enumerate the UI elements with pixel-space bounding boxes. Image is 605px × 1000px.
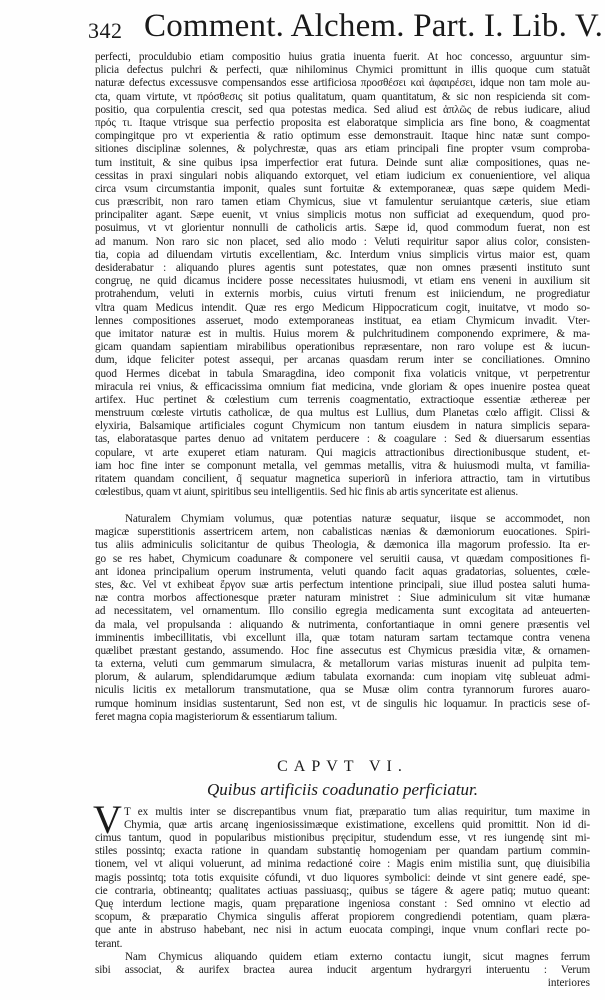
text-line: naturæ defectus excessusve compensandos … [95,77,590,90]
text-line: quælibet præstant gestando, assumendo. H… [95,645,590,658]
text-line: Nam Chymicus aliquando quidem etiam exte… [95,951,590,964]
text-line: iam hoc fine inter se componunt metalla,… [95,460,590,473]
text-line: da mala, vel propulsanda : aliquando & n… [95,619,590,632]
text-line: compingitque pro vt experientia & ratio … [95,130,590,143]
catchword: interiores [95,977,590,989]
text-line: perfecti, proculdubio etiam compositio h… [95,51,590,64]
chapter-heading: CAPVT VI. [95,758,590,776]
text-line: ritatem quandam concilient, q̃ sequatur … [95,473,590,486]
text-line: tas, elaboratasque partes denuo ad vnita… [95,433,590,446]
text-line: positio, qua corpulentia crescit, sed qu… [95,104,590,117]
text-line: plorum, & aularum, splendidarumque ædium… [95,671,590,684]
text-line: stes, &c. Vel vt exhibeat ἔργον suæ arti… [95,579,590,592]
text-line: congruę, ne quid dicamus incidere posse … [95,275,590,288]
text-line: cus præscribit, non raro tamen etiam Chy… [95,196,590,209]
text-line: posuimus, vt vt glorientur nonnulli de c… [95,222,590,235]
text-line: terant. [95,938,590,951]
text-line: quod Hermes dicebat in tabula Smaragdina… [95,368,590,381]
chapter-subtitle: Quibus artificiis coadunatio perficiatur… [95,780,590,800]
text-line: sitiones disciplinæ solennes, & polychre… [95,143,590,156]
text-line: Naturalem Chymiam volumus, quæ potentias… [95,513,590,526]
text-line: miracula rei vnius, & efficacissima omni… [95,381,590,394]
text-line: niculis licitis ex metallorum transmutat… [95,684,590,697]
text-line: ant idonea principalium operum instrumen… [95,566,590,579]
text-line: tia, copia ad diluendam virtutis excelle… [95,249,590,262]
text-line: ad manum. Non raro sic non placet, sed a… [95,236,590,249]
text-line: plicia defectus pulchri & perfecti, quæ … [95,64,590,77]
text-line: cta, quam virtute, vt πρόσθεσις sit poti… [95,91,590,104]
text-line: tum instituit, & sine quibus ipsa imperf… [95,157,590,170]
text-line: protrahendum, veluti in externis morbis,… [95,288,590,301]
text-line: πρός τι. Itaque vtrisque sua perfectio p… [95,117,590,130]
book-page: 342 Comment. Alchem. Part. I. Lib. V. pe… [0,0,605,1000]
text-line: magicæ superstitionis assertricem artem,… [95,526,590,539]
text-line: stiles possintq; exacta ratione in quand… [95,845,590,858]
text-line: ad necessitatem, vel ornamentum. Illo co… [95,605,590,618]
text-line: go se res habet, Chymicum coadunare & co… [95,553,590,566]
text-line: lennes compositiones asseruet, modo exte… [95,315,590,328]
text-line: desiderabatur : aliquando plures agentis… [95,262,590,275]
text-line: cœlestibus, quam vt aiunt, spiritibus se… [95,486,590,499]
text-line: sibi associat, & aurifex bractea aurea i… [95,964,590,977]
section-body-2: Naturalem Chymiam volumus, quæ potentias… [95,513,590,724]
drop-cap-lines: T ex multis inter se discrepantibus vnum… [124,806,590,832]
text-line: tus aliis adminiculis solicitantur de qu… [95,539,590,552]
text-line: artifex. Huc pertinet & cœlestium cum te… [95,394,590,407]
text-line: cessitas in praxi singulari nobis aliqua… [95,170,590,183]
text-line: tionem, vel vt aliqui voluerunt, ad mini… [95,858,590,871]
text-line: elyxiria, Balsamique artificiales cogunt… [95,420,590,433]
text-line: Chymia, quæ artis arcanę ingeniosissimæq… [124,819,590,832]
text-line: ta externa, veluti cum gemmarum simulacr… [95,658,590,671]
text-line: T ex multis inter se discrepantibus vnum… [124,806,590,819]
text-line: scopum, & præparatio Chymica singulis af… [95,911,590,924]
text-line: que ante in abstruso habebant, nec nisi … [95,924,590,937]
text-line: menstruum cœleste virtutis catholicæ, de… [95,407,590,420]
text-line: feret magna copia magisteriorum & essent… [95,711,590,724]
text-line: dum, idque feliciter potest assequi, per… [95,354,590,367]
text-line: gicam quandam sapientiam mirabilibus ope… [95,341,590,354]
section-body-4: Nam Chymicus aliquando quidem etiam exte… [95,951,590,977]
page-number: 342 [88,18,123,44]
text-line: rumque hominum insidias sustentarunt, Se… [95,698,590,711]
text-line: copulare, vt arte exuperet etiam naturam… [95,447,590,460]
running-title: Comment. Alchem. Part. I. Lib. V. [144,8,603,45]
page-header: 342 Comment. Alchem. Part. I. Lib. V. [88,8,593,48]
section-body-3: cimus tantum, quod in popularibus mistio… [95,832,590,951]
text-line: circa vsum circumstantia imponit, quales… [95,183,590,196]
text-line: Quę interdum lectione magis, quam prępar… [95,898,590,911]
text-line: magis possintq; tota totis exquisite cóf… [95,872,590,885]
text-line: cie contraria, obtineantq; qualitates ac… [95,885,590,898]
text-line: næ contra morbos affectionesque præter n… [95,592,590,605]
text-line: que imitator naturæ est in multis. Huius… [95,328,590,341]
text-line: principaliter agant. Sæpe euenit, vt vni… [95,209,590,222]
text-line: cimus tantum, quod in popularibus mistio… [95,832,590,845]
section-body-1: perfecti, proculdubio etiam compositio h… [95,51,590,499]
text-line: imminentis imbecillitatis, vbi excellunt… [95,632,590,645]
text-line: vltra quam Medicus intendit. Quæ res erg… [95,302,590,315]
